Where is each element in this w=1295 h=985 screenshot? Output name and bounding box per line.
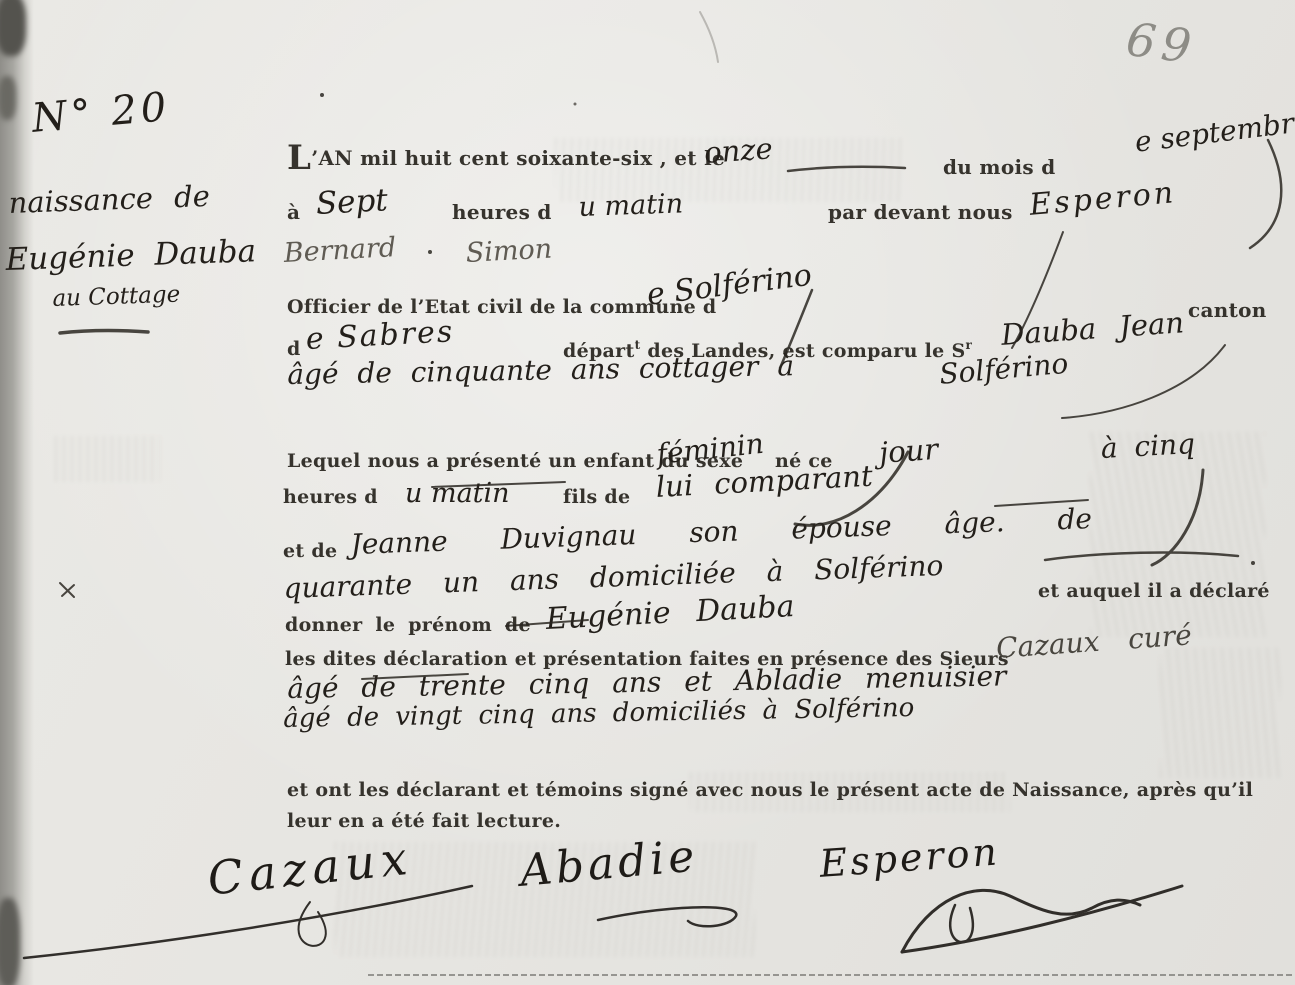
handwritten-canton-name: e Sabres [305,314,455,357]
printed-donner-prenom: donner le prénom de [285,614,531,636]
handwritten-officer-name: Esperon [1028,175,1177,223]
handwritten-time-of-day2: u matin [405,478,510,509]
printed-closing-line1: et ont les déclarant et témoins signé av… [287,779,1253,801]
margin-x-mark [60,583,74,597]
flourish-septembre-tail [1250,140,1281,248]
superscript-r: r [965,338,972,352]
printed-canton: canton [1188,298,1267,322]
printed-text: ’AN mil huit cent soixante-six , et le [311,146,725,170]
handwritten-officer-firstname: Bernard [283,232,397,269]
handwritten-birth-hour: à cinq [1100,427,1196,465]
printed-closing-line2: leur en a été fait lecture. [287,810,561,832]
printed-et-auquel: et auquel il a déclaré [1038,580,1270,602]
paraph-squiggle [902,890,1140,952]
handwritten-mother-name: Jeanne Duvignau son épouse âge. de [350,502,1092,561]
ink-dot [320,93,324,97]
handwritten-commune: e Solférino [645,258,814,313]
binding-edge-shadow [0,0,34,985]
handwritten-month: e septembre [1133,104,1295,158]
ink-dot [574,103,577,106]
bleed-through [1160,648,1280,778]
superscript-t: t [635,338,641,352]
scanned-register-page: 69 N° 20 naissance de Eugénie Dauba au C… [0,0,1295,985]
margin-act-number: N° 20 [30,84,172,142]
paraph-long-stroke [902,886,1182,952]
signature-officer: Esperon [818,829,1001,885]
printed-par-devant-nous: par devant nous [828,200,1013,224]
flourish-dauba-sweep [1062,345,1225,418]
form-bottom-rule [368,974,1293,976]
handwritten-birth-day: jour [878,432,939,470]
dropcap-L: L [287,138,311,178]
handwritten-time-of-day: u matin [578,188,684,223]
printed-fils-de: fils de [563,486,630,508]
margin-title-line1: naissance de [8,179,210,220]
paraph-loop [950,905,973,942]
page-number: 69 [1123,12,1200,74]
printed-du-mois: du mois d [943,155,1056,179]
ink-dot [428,250,432,254]
flourish-cazaux-loop [299,902,326,946]
handwritten-declarant-name: Dauba Jean [1000,305,1185,352]
printed-a: à [287,200,300,224]
printed-heures2: heures d [283,486,378,508]
handwritten-child-name: Eugénie Dauba [545,589,795,637]
scan-edge-blob [0,0,26,56]
underline-au-cottage [60,331,148,333]
margin-title-line3: au Cottage [52,282,181,312]
margin-title-line2: Eugénie Dauba [5,233,257,278]
handwritten-declarant-age-occupation: âgé de cinquante ans cottager à [287,349,794,391]
pencil-stroke [700,12,718,62]
printed-heures: heures d [452,200,552,224]
handwritten-officer-firstname2: Simon [465,233,553,268]
bleed-through [55,436,160,482]
form-line1-printed: L’AN mil huit cent soixante-six , et le [287,146,725,170]
scan-edge-blob [0,898,20,985]
printed-de: d [287,338,301,360]
handwritten-hour: Sept [315,182,389,222]
printed-et-de: et de [283,540,337,562]
scan-edge-blob [0,76,16,120]
handwritten-day: onze [703,131,774,170]
